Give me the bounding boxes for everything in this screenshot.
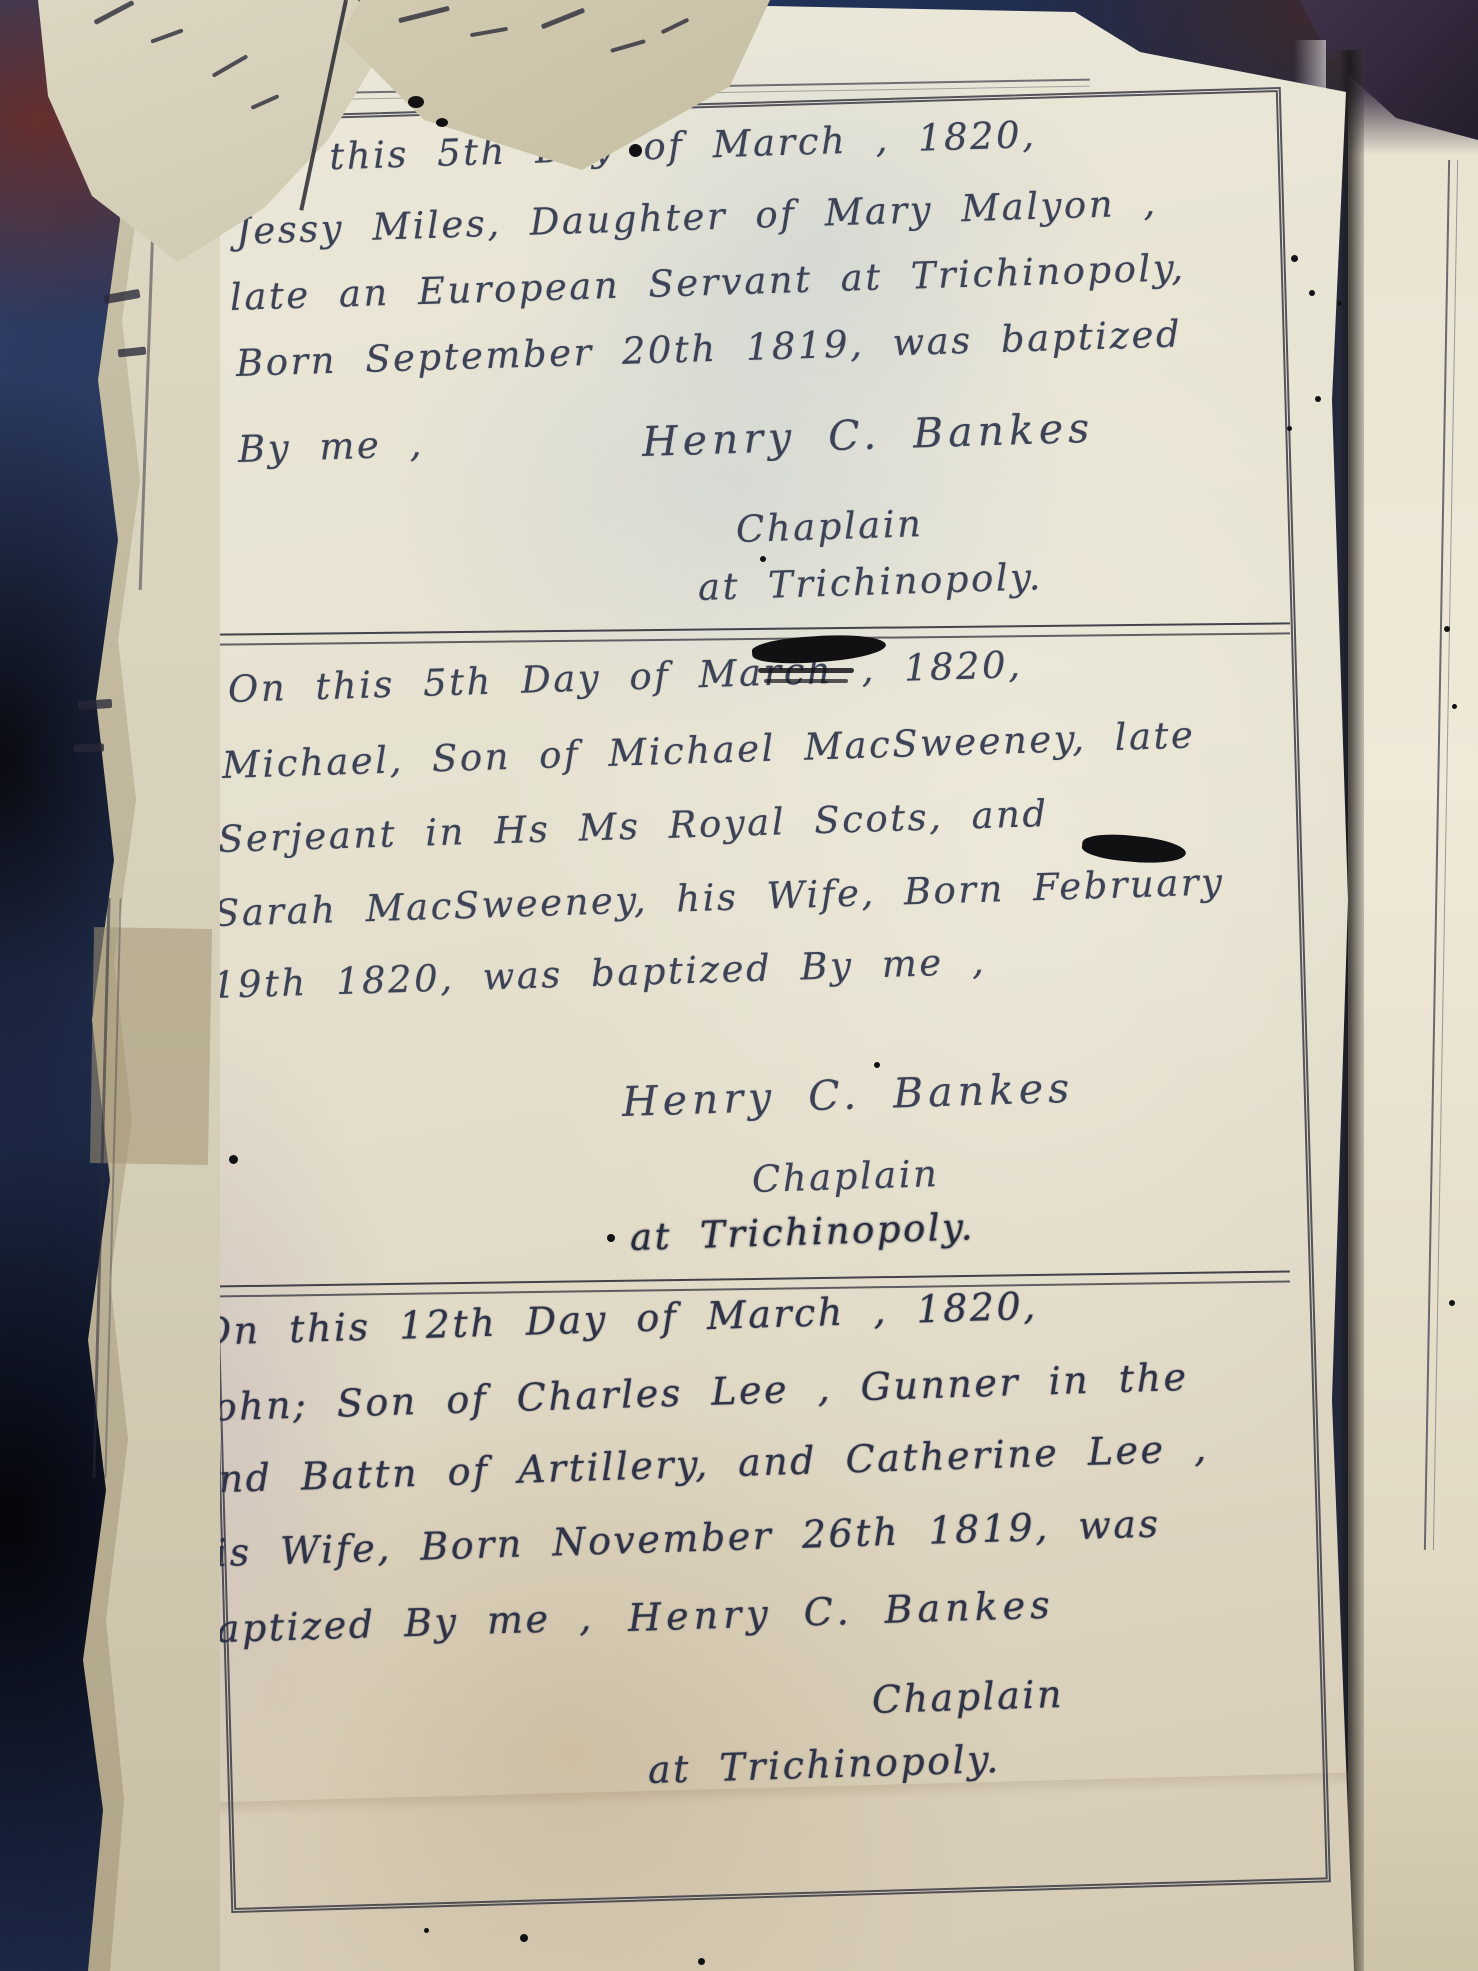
ink-speck: [1291, 255, 1298, 262]
ink-speck: [520, 1934, 528, 1942]
worm-hole: [229, 1155, 238, 1164]
ink-speck: [424, 1928, 429, 1933]
ink-speck: [1309, 290, 1315, 296]
ink-splotch: [436, 118, 448, 127]
entry-1-by-me: By me ,: [237, 422, 424, 471]
entry-3-signature-role: Chaplain: [871, 1672, 1064, 1722]
ink-splotch: [408, 96, 424, 108]
photograph-of-baptism-register: On this 5th Day of March , 1820, Jessy M…: [0, 0, 1478, 1971]
ink-speck: [760, 556, 766, 562]
ink-blot-dot: [629, 144, 642, 157]
ink-speck: [698, 1958, 705, 1965]
ink-speck: [1315, 396, 1321, 402]
facing-page-edge: [1348, 0, 1478, 1971]
ink-blot-smear: [764, 679, 848, 683]
worm-hole: [607, 1234, 615, 1242]
ink-blot-smear: [758, 668, 854, 673]
ink-speck: [1444, 626, 1450, 632]
ink-speck: [1449, 1300, 1455, 1306]
ink-speck: [874, 1062, 880, 1068]
ink-speck: [1337, 301, 1342, 306]
ink-speck: [1287, 426, 1292, 431]
entry-2-signature-role: Chaplain: [751, 1152, 940, 1201]
entry-1-signature-role: Chaplain: [735, 502, 924, 551]
ink-mark: [74, 743, 104, 752]
ink-speck: [1452, 704, 1457, 709]
